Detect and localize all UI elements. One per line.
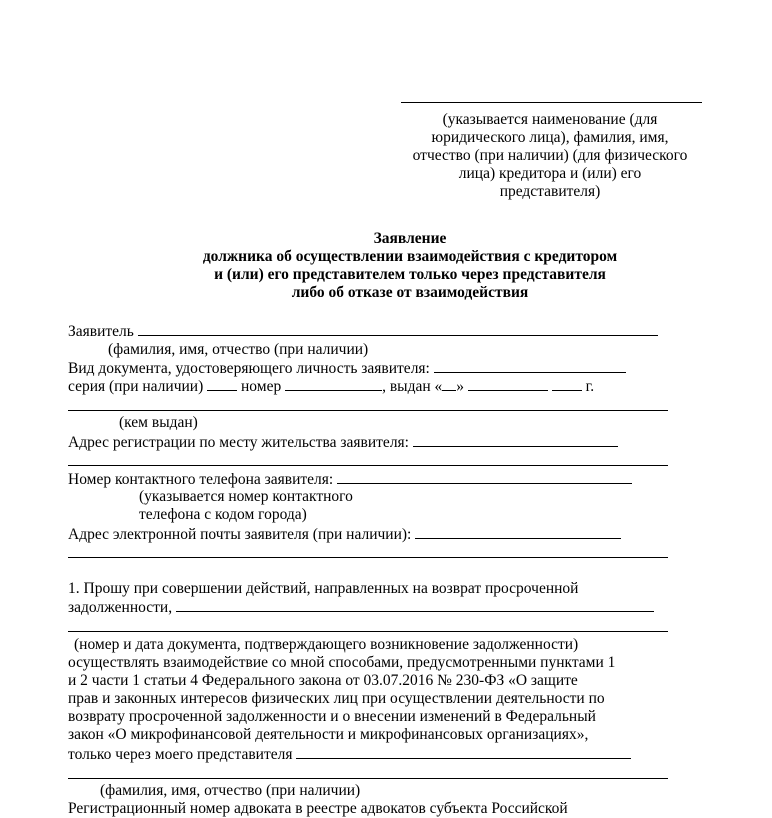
applicant-row: Заявитель: [68, 322, 658, 341]
issued-by-hint: (кем выдан): [119, 414, 198, 432]
id-document-field[interactable]: [434, 359, 626, 373]
addressee-field[interactable]: [401, 102, 702, 103]
title-subtitle-line: либо об отказе от взаимодействия: [150, 284, 670, 302]
clause1-body-line: возврату просроченной задолженности и о …: [68, 708, 615, 726]
id-document-row: Вид документа, удостоверяющего личность …: [68, 359, 626, 378]
phone-row: Номер контактного телефона заявителя:: [68, 470, 632, 489]
phone-field[interactable]: [337, 470, 632, 484]
address-field[interactable]: [413, 433, 618, 447]
id-document-label: Вид документа, удостоверяющего личность …: [68, 360, 430, 377]
title-heading: Заявление: [150, 230, 670, 248]
representative-field-continued[interactable]: [68, 778, 668, 779]
number-field[interactable]: [285, 377, 382, 391]
clause1-body: осуществлять взаимодействие со мной спос…: [68, 654, 615, 744]
debt-field-continued[interactable]: [68, 631, 668, 632]
representative-hint: (фамилия, имя, отчество (при наличии): [100, 782, 360, 800]
addressee-hint-line: представителя): [390, 183, 710, 201]
address-row: Адрес регистрации по месту жительства за…: [68, 433, 618, 452]
debt-label: задолженности,: [68, 599, 172, 616]
applicant-name-hint: (фамилия, имя, отчество (при наличии): [108, 341, 368, 359]
applicant-name-field[interactable]: [138, 322, 658, 336]
advocate-registry-line: Регистрационный номер адвоката в реестре…: [68, 800, 568, 818]
title-subtitle-line: должника об осуществлении взаимодействия…: [150, 248, 670, 266]
addressee-hint: (указывается наименование (для юридическ…: [390, 111, 710, 201]
debt-field[interactable]: [176, 598, 654, 612]
debt-row: задолженности,: [68, 598, 654, 617]
address-label: Адрес регистрации по месту жительства за…: [68, 434, 409, 451]
email-field-continued[interactable]: [68, 557, 668, 558]
series-field[interactable]: [207, 377, 237, 391]
clause1-body-line: и 2 части 1 статьи 4 Федерального закона…: [68, 672, 615, 690]
phone-label: Номер контактного телефона заявителя:: [68, 471, 333, 488]
series-label: серия (при наличии): [68, 378, 203, 395]
addressee-hint-line: отчество (при наличии) (для физического: [390, 147, 710, 165]
phone-hint: (указывается номер контактного телефона …: [139, 488, 353, 524]
debt-doc-hint: (номер и дата документа, подтверждающего…: [74, 636, 578, 654]
issued-close: »: [456, 378, 464, 395]
email-label: Адрес электронной почты заявителя (при н…: [68, 526, 411, 543]
title-subtitle-line: и (или) его представителем только через …: [150, 266, 670, 284]
year-suffix: г.: [586, 378, 594, 395]
email-field[interactable]: [415, 525, 621, 539]
passport-row: серия (при наличии) номер , выдан «» г.: [68, 377, 594, 396]
number-label: номер: [241, 378, 281, 395]
issued-day-field[interactable]: [442, 377, 456, 391]
clause1-body-line: закон «О микрофинансовой деятельности и …: [68, 726, 615, 744]
applicant-label: Заявитель: [68, 323, 134, 340]
representative-row: только через моего представителя: [68, 745, 631, 764]
clause1-body-line: прав и законных интересов физических лиц…: [68, 690, 615, 708]
issued-month-field[interactable]: [468, 377, 548, 391]
issued-label: , выдан «: [382, 378, 442, 395]
issued-year-field[interactable]: [552, 377, 582, 391]
address-field-continued[interactable]: [68, 465, 668, 466]
email-row: Адрес электронной почты заявителя (при н…: [68, 525, 621, 544]
representative-field[interactable]: [296, 745, 631, 759]
addressee-hint-line: (указывается наименование (для: [390, 111, 710, 129]
clause1-line1: 1. Прошу при совершении действий, направ…: [68, 580, 578, 598]
representative-label: только через моего представителя: [68, 746, 292, 763]
phone-hint-line: (указывается номер контактного: [139, 488, 353, 506]
addressee-hint-line: лица) кредитора и (или) его: [390, 165, 710, 183]
clause1-body-line: осуществлять взаимодействие со мной спос…: [68, 654, 615, 672]
document-title: Заявление должника об осуществлении взаи…: [150, 230, 670, 302]
addressee-hint-line: юридического лица), фамилия, имя,: [390, 129, 710, 147]
phone-hint-line: телефона с кодом города): [139, 506, 353, 524]
issued-by-field[interactable]: [68, 410, 668, 411]
